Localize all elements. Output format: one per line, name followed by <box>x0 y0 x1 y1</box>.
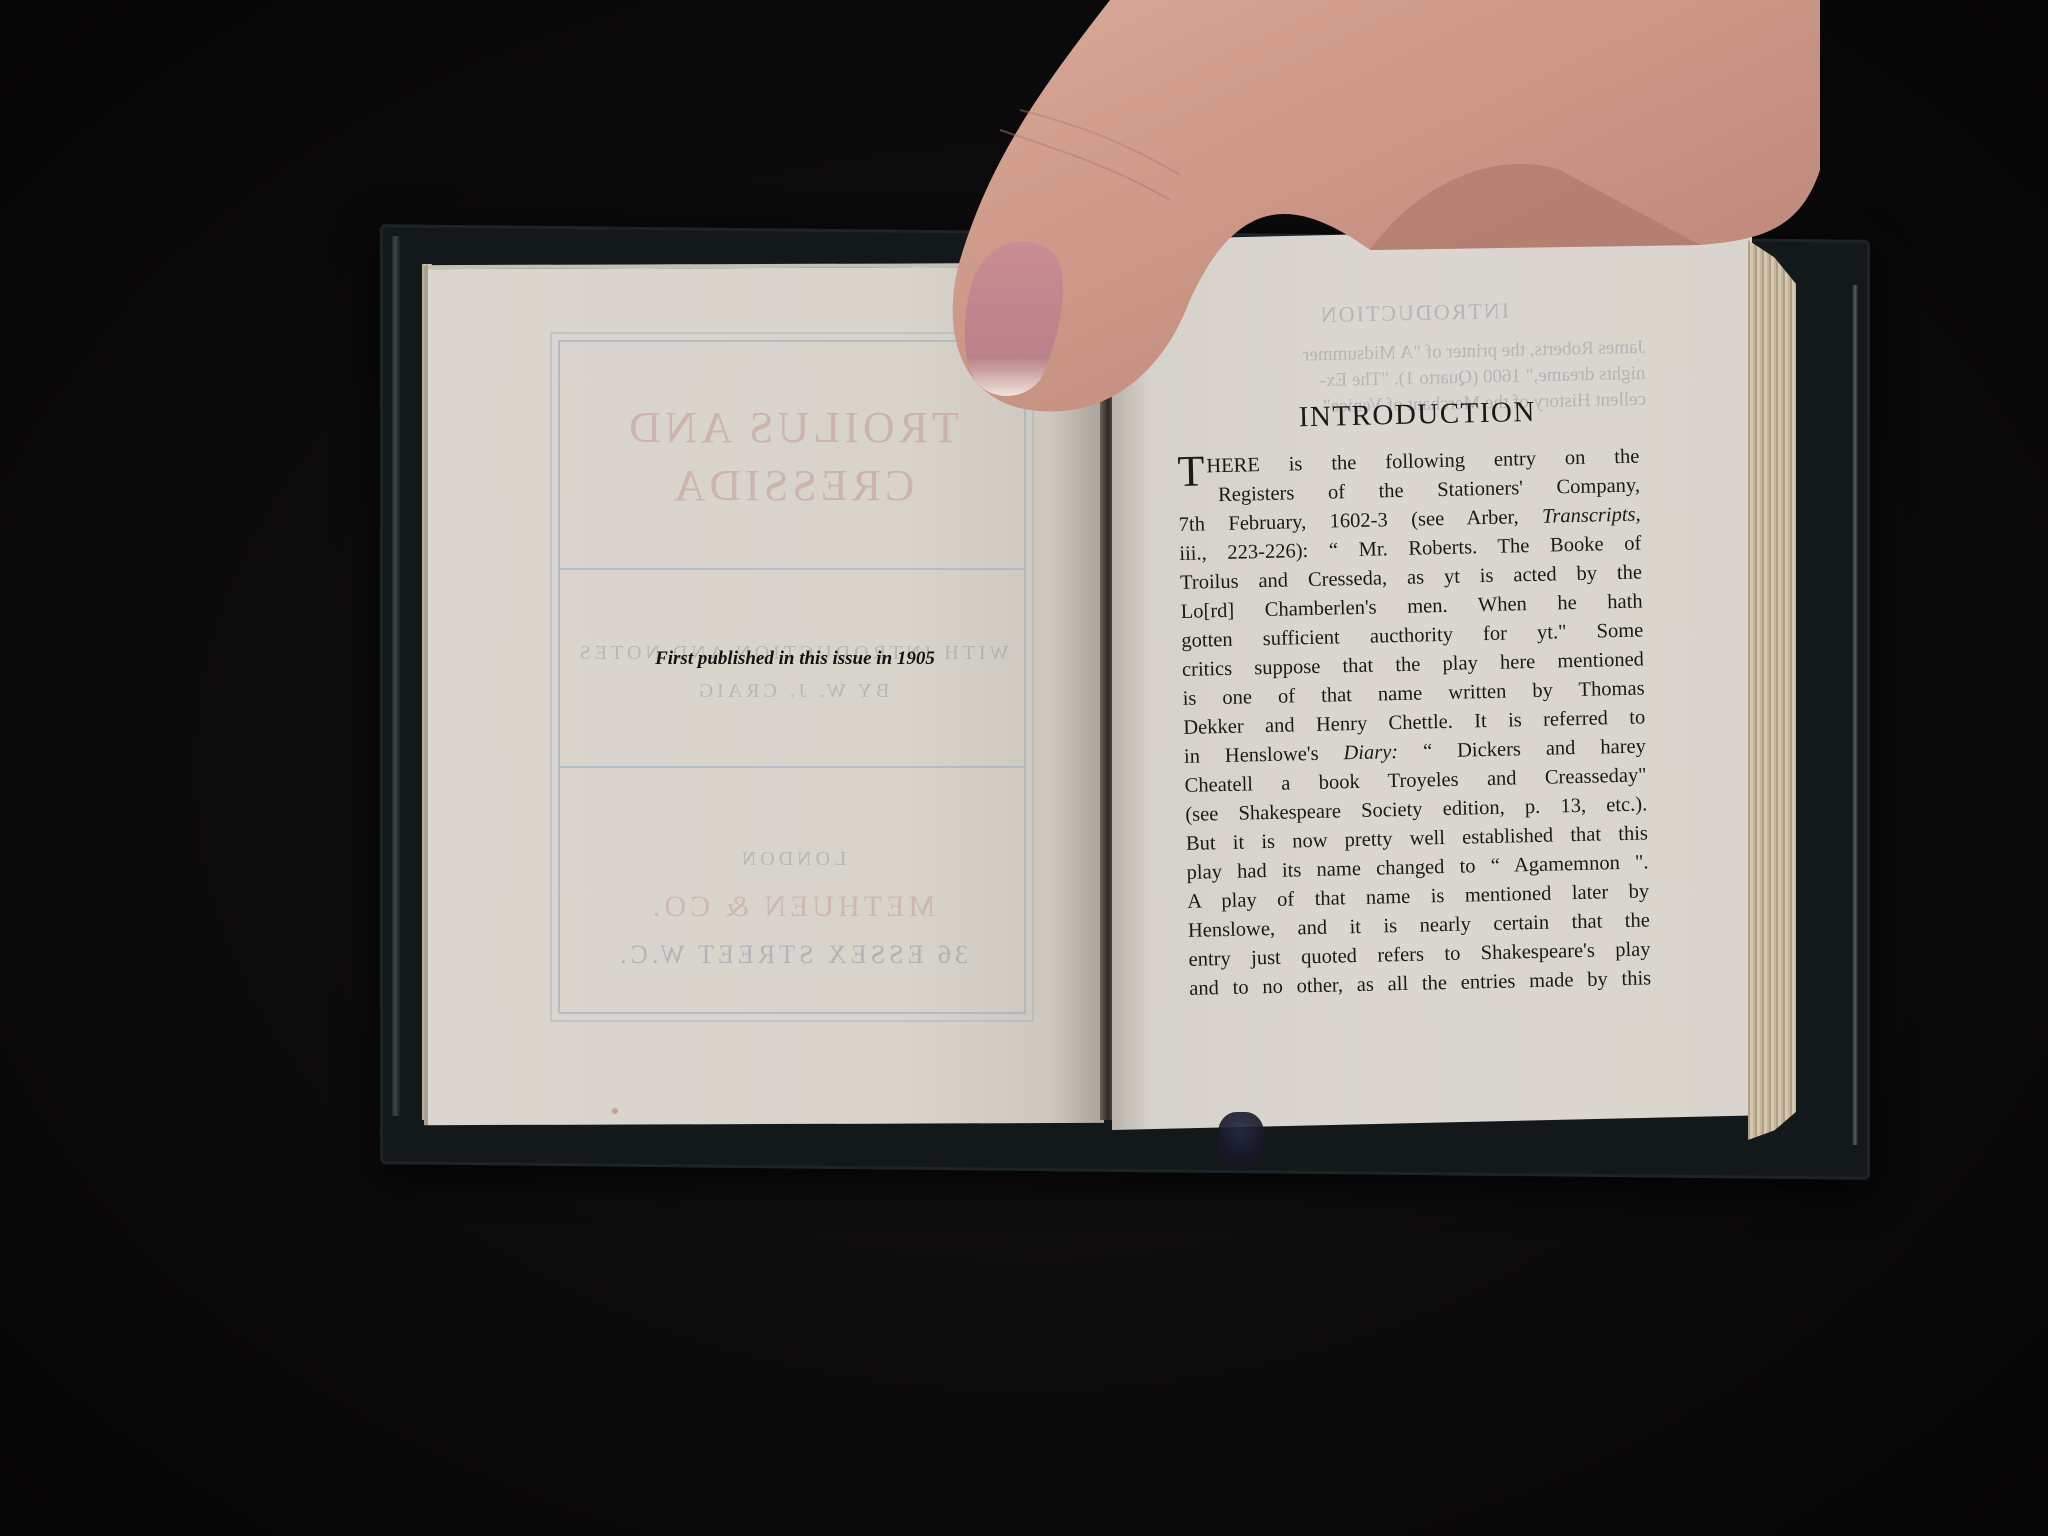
foxing-spot <box>612 1108 618 1114</box>
first-paragraph-opening: T HERE is the following entry on the Reg… <box>1177 443 1640 511</box>
bookmark-ribbon <box>1218 1112 1264 1164</box>
show-through-publisher: METHUEN & CO. <box>560 890 1024 924</box>
cover-edge-left <box>392 236 400 1116</box>
imprint-line: First published in this issue in 1905 <box>560 648 1030 670</box>
italic-transcripts: Transcripts, <box>1542 503 1641 527</box>
hand-skin <box>953 0 1820 412</box>
body-text: in Henslowe's <box>1184 742 1344 768</box>
italic-diary: Diary: <box>1343 741 1398 764</box>
photo-scene: TROILUS AND CRESSIDA WITH INTRODUCTION A… <box>0 0 2048 1536</box>
body-text: 7th February, 1602-3 (see Arber, <box>1178 506 1542 536</box>
drop-cap: T <box>1177 456 1205 487</box>
show-through-divider <box>560 766 1024 768</box>
show-through-city: LONDON <box>560 848 1024 871</box>
hand-thumb <box>940 0 1820 420</box>
show-through-title-2: CRESSIDA <box>560 460 1024 511</box>
cover-edge-right <box>1852 285 1858 1145</box>
title-page-show-through: TROILUS AND CRESSIDA WITH INTRODUCTION A… <box>558 340 1026 1014</box>
show-through-divider <box>560 568 1024 570</box>
introduction-text-block: INTRODUCTION T HERE is the following ent… <box>1176 394 1651 1004</box>
show-through-subtitle-2: BY W. J. CRAIG <box>560 680 1024 703</box>
show-through-address: 36 ESSEX STREET W.C. <box>560 940 1024 970</box>
body-text: “ Dickers and harey <box>1398 735 1646 763</box>
